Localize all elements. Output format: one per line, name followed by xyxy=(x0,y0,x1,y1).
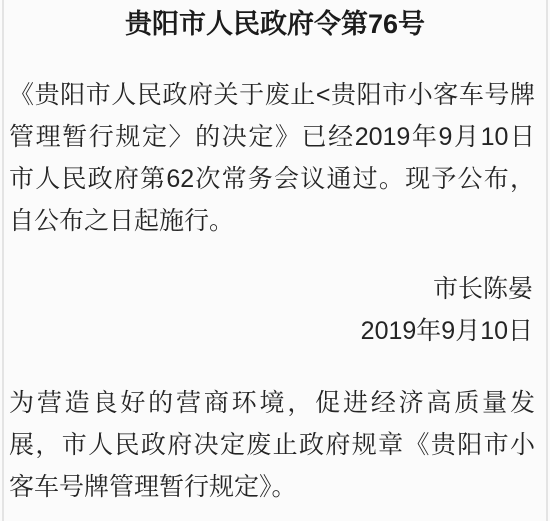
government-decree-document: 贵阳市人民政府令第76号 《贵阳市人民政府关于废止<贵阳市小客车号牌 管理暂行规… xyxy=(0,0,550,521)
document-title: 贵阳市人民政府令第76号 xyxy=(0,8,550,40)
explanation-line: 为营造良好的营商环境，促进经济高质量发 xyxy=(9,382,535,424)
left-edge-divider xyxy=(2,0,4,521)
right-edge-divider xyxy=(546,0,548,521)
explanation-line: 客车号牌管理暂行规定》。 xyxy=(9,466,535,508)
decree-line: 市人民政府第62次常务会议通过。现予公布， xyxy=(9,158,535,200)
decree-line: 管理暂行规定〉的决定》已经2019年9月10日 xyxy=(9,116,535,158)
explanation-paragraph: 为营造良好的营商环境，促进经济高质量发 展，市人民政府决定废止政府规章《贵阳市小… xyxy=(9,382,535,508)
decree-line: 自公布之日起施行。 xyxy=(9,200,535,242)
decree-line: 《贵阳市人民政府关于废止<贵阳市小客车号牌 xyxy=(9,74,535,116)
explanation-line: 展，市人民政府决定废止政府规章《贵阳市小 xyxy=(9,424,535,466)
signature-date: 2019年9月10日 xyxy=(9,310,533,352)
decree-paragraph: 《贵阳市人民政府关于废止<贵阳市小客车号牌 管理暂行规定〉的决定》已经2019年… xyxy=(9,74,535,242)
signature-block: 市长陈晏 2019年9月10日 xyxy=(9,268,533,352)
signature-name: 市长陈晏 xyxy=(9,268,533,310)
